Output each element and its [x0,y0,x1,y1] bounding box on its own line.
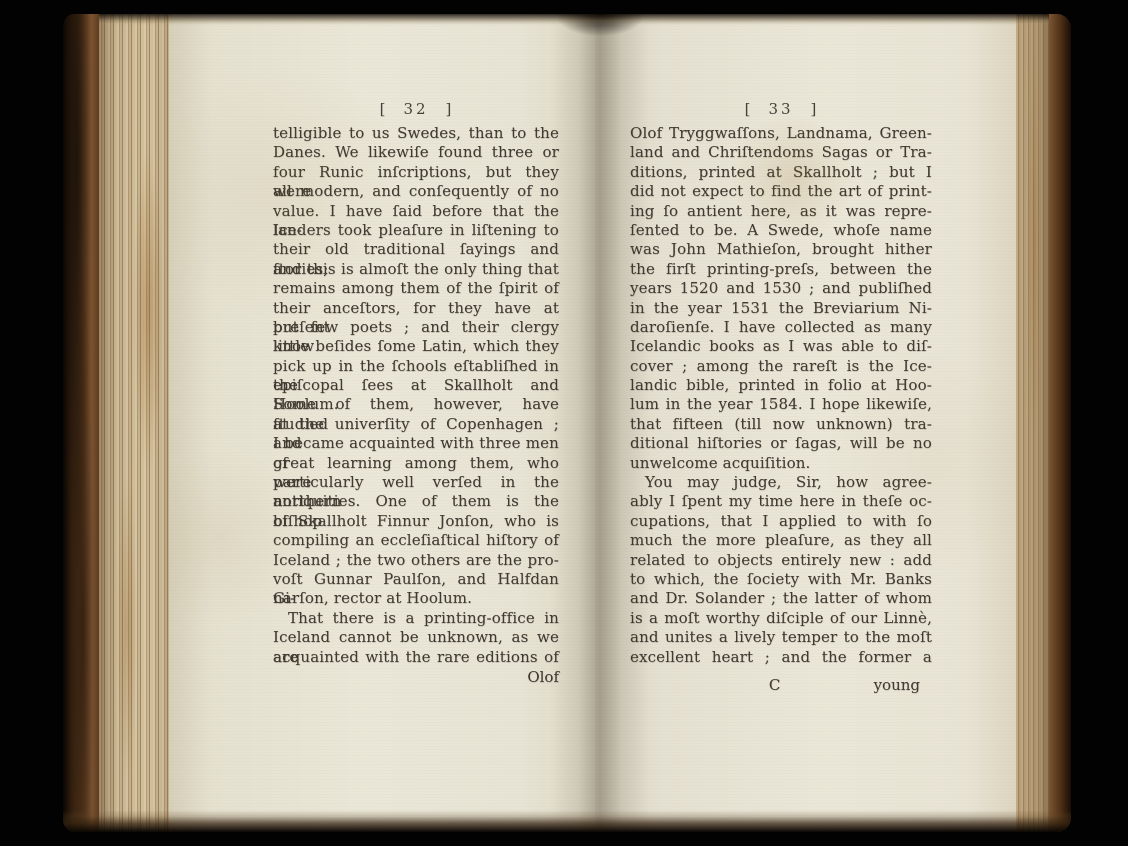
text-line: is a moſt worthy diſciple of our Linnè, [630,609,932,628]
open-book: [ 32 ] telligible to us Swedes, than to … [63,14,1071,832]
text-line: narſon, rector at Hoolum. [273,589,559,608]
text-line: to which, the ſociety with Mr. Banks [630,570,932,589]
text-line: their old traditional ſayings and ſtorie… [273,240,559,259]
text-line: all modern, and conſequently of no [273,182,559,201]
bracket-left: [ [380,100,387,118]
text-block-right: Olof Tryggwaſſons, Landnama, Green-land … [630,124,932,667]
text-line: particularly well verſed in the northern [273,473,559,492]
bracket-right: ] [446,100,453,118]
text-line: unwelcome acquiſition. [630,454,932,473]
page-number: 33 [768,100,793,118]
text-block-left: telligible to us Swedes, than to theDane… [273,124,559,667]
text-line: years 1520 and 1530 ; and publiſhed [630,279,932,298]
text-line: great learning among them, who were [273,454,559,473]
right-cover-board [1049,14,1071,832]
text-line: ditional hiſtories or ſagas, will be no [630,434,932,453]
photo-background: [ 32 ] telligible to us Swedes, than to … [0,0,1128,846]
text-line: Iceland ; the two others are the pro- [273,551,559,570]
page-32: [ 32 ] telligible to us Swedes, than to … [169,14,595,832]
text-line: landic bible, printed in folio at Hoo- [630,376,932,395]
signature-mark: C [769,676,780,694]
text-line: and Dr. Solander ; the latter of whom [630,589,932,608]
catchword-line: Olof [273,668,559,686]
text-line: lum in the year 1584. I hope likewiſe, [630,395,932,414]
text-line: acquainted with the rare editions of [273,648,559,667]
text-line: Olof Tryggwaſſons, Landnama, Green- [630,124,932,143]
text-line: of Skallholt Finnur Jonſon, who is [273,512,559,531]
bracket-right: ] [811,100,818,118]
catchword: young [874,676,920,694]
text-line: their anceſtors, for they have at preſen… [273,299,559,318]
text-line: excellent heart ; and the former a [630,648,932,667]
text-line: cover ; among the rareſt is the Ice- [630,357,932,376]
text-line: was John Mathieſon, brought hither [630,240,932,259]
text-line: I became acquainted with three men of [273,434,559,453]
page-33: [ 33 ] Olof Tryggwaſſons, Landnama, Gree… [595,14,1016,832]
left-cover-board [63,14,99,832]
text-line: daroſienſe. I have collected as many [630,318,932,337]
text-line: Icelandic books as I was able to diſ- [630,337,932,356]
right-page-fore-edge [1016,14,1049,832]
text-line: compiling an eccleſiaſtical hiſtory of [273,531,559,550]
text-line: ably I ſpent my time here in theſe oc- [630,492,932,511]
page-number: 32 [403,100,428,118]
text-line: the firſt printing-preſs, between the [630,260,932,279]
text-line: remains among them of the ſpirit of [273,279,559,298]
catchword: Olof [527,668,559,686]
text-line: cupations, that I applied to with ſo [630,512,932,531]
text-line: pick up in the ſchools eſtabliſhed in th… [273,357,559,376]
text-line: You may judge, Sir, how agree- [630,473,932,492]
text-line: Some of them, however, have ſtudied [273,395,559,414]
text-line: ing ſo antient here, as it was repre- [630,202,932,221]
text-line: four Runic inſcriptions, but they were [273,163,559,182]
text-line: telligible to us Swedes, than to the [273,124,559,143]
text-line: related to objects entirely new : add [630,551,932,570]
text-line: much the more pleaſure, as they all [630,531,932,550]
text-line: landers took pleaſure in liſtening to [273,221,559,240]
text-line: ſented to be. A Swede, whoſe name [630,221,932,240]
text-line: epiſcopal ſees at Skallholt and Hoolum. [273,376,559,395]
text-line: antiquities. One of them is the biſhop [273,492,559,511]
signature-line: C young [630,676,932,696]
text-line: Iceland cannot be unknown, as we are [273,628,559,647]
text-line: land and Chriſtendoms Sagas or Tra- [630,143,932,162]
text-line: value. I have ſaid before that the Ice- [273,202,559,221]
page-heading: [ 33 ] [630,100,932,118]
left-page-fore-edge [99,14,169,832]
text-line: did not expect to find the art of print- [630,182,932,201]
text-line: Danes. We likewiſe found three or [273,143,559,162]
text-line: That there is a printing-office in [273,609,559,628]
text-line: ditions, printed at Skallholt ; but I [630,163,932,182]
text-line: and this is almoſt the only thing that [273,260,559,279]
bracket-left: [ [745,100,752,118]
text-line: that fifteen (till now unknown) tra- [630,415,932,434]
text-line: little beſides ſome Latin, which they [273,337,559,356]
text-line: voſt Gunnar Paulſon, and Halfdan Gi- [273,570,559,589]
page-heading: [ 32 ] [273,100,559,118]
text-line: in the year 1531 the Breviarium Ni- [630,299,932,318]
text-line: at the univerſity of Copenhagen ; and [273,415,559,434]
text-line: but few poets ; and their clergy know [273,318,559,337]
text-line: and unites a lively temper to the moſt [630,628,932,647]
